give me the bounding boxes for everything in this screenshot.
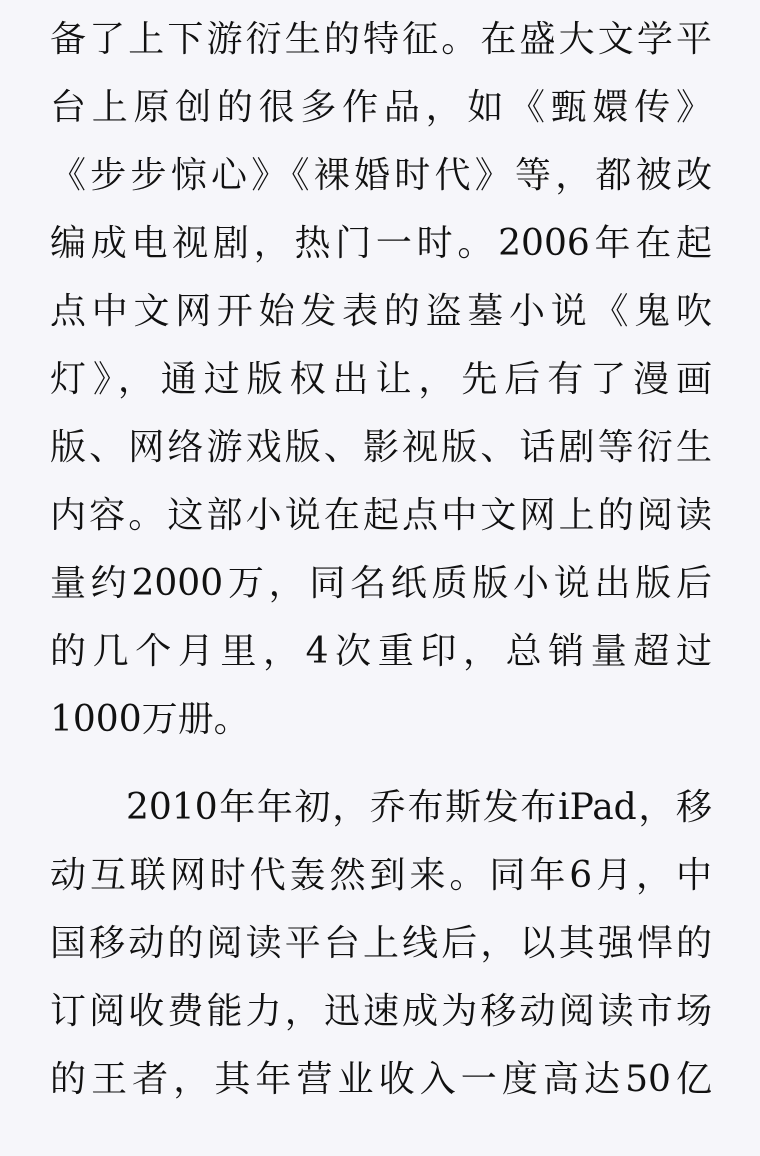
text-line: 国移动的阅读平台上线后，以其强悍的: [50, 922, 712, 966]
text-line: 《步步惊心》《裸婚时代》等，都被改: [50, 154, 712, 198]
text-line: 台上原创的很多作品，如《甄嬛传》: [50, 86, 712, 130]
text-line: 内容。这部小说在起点中文网上的阅读: [50, 494, 712, 538]
text-line: 1000万册。: [50, 698, 712, 742]
text-line: 版、网络游戏版、影视版、话剧等衍生: [50, 426, 712, 470]
text-line: 点中文网开始发表的盗墓小说《鬼吹: [50, 290, 712, 334]
text-line: 的几个月里，4次重印，总销量超过: [50, 630, 712, 674]
text-line: 量约2000万，同名纸质版小说出版后: [50, 562, 712, 606]
text-line: 编成电视剧，热门一时。2006年在起: [50, 222, 712, 266]
document-page: 备了上下游衍生的特征。在盛大文学平 台上原创的很多作品，如《甄嬛传》 《步步惊心…: [0, 0, 760, 1156]
text-line: 的王者，其年营业收入一度高达50亿: [50, 1058, 712, 1102]
text-line: 2010年年初，乔布斯发布iPad，移: [126, 786, 712, 830]
text-line: 订阅收费能力，迅速成为移动阅读市场: [50, 990, 712, 1034]
text-line: 灯》，通过版权出让，先后有了漫画: [50, 358, 712, 402]
text-line: 动互联网时代轰然到来。同年6月，中: [50, 854, 712, 898]
text-line: 备了上下游衍生的特征。在盛大文学平: [50, 18, 712, 62]
